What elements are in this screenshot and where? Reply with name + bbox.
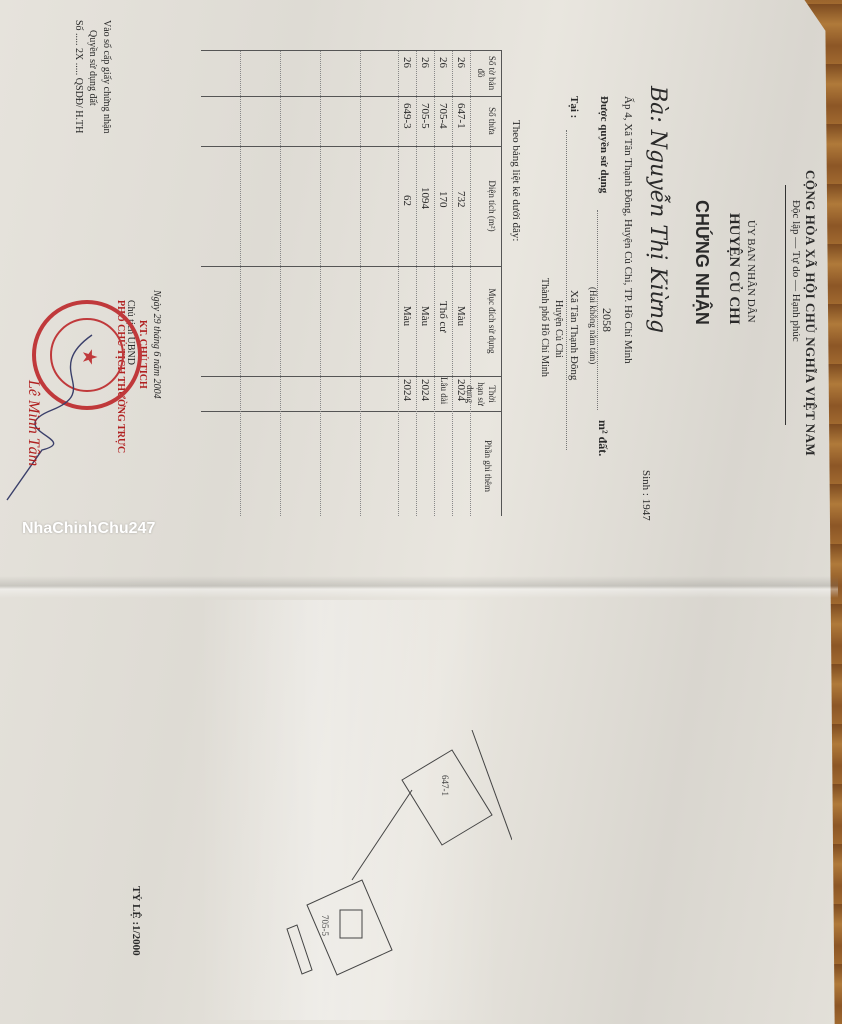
parcel-label: 705-5 <box>320 915 330 936</box>
header-parcel: Số thửa <box>486 98 497 144</box>
location-district: Huyện Củ Chi <box>553 300 564 358</box>
header-purpose: Mục đích sử dụng <box>486 271 497 371</box>
dotted-line <box>566 130 567 450</box>
signer-name: Lê Minh Tâm <box>24 380 42 466</box>
parcel-table: Số tờ bản đồ Số thửa Diện tích (m²) Mục … <box>201 50 502 516</box>
cell-purpose: Màu <box>419 306 431 326</box>
cell-term: 2024 <box>419 379 431 401</box>
cell-parcel: 705-4 <box>437 103 449 129</box>
registry-line-2: Quyền sử dụng đất <box>87 30 98 106</box>
nation-heading: CỘNG HÒA XÃ HỘI CHỦ NGHĨA VIỆT NAM <box>802 170 818 456</box>
registry-line-3: Số ..... 2X ..... QSDĐ/ H.TH <box>73 20 84 133</box>
cell-purpose: Màu <box>455 306 467 326</box>
cell-sheet: 26 <box>419 57 431 68</box>
holder-birth: Sinh : 1947 <box>640 470 652 521</box>
cell-sheet: 26 <box>401 57 413 68</box>
map-scale: TỶ LỆ :1/2000 <box>130 886 142 956</box>
holder-address: Ấp 4, Xã Tân Thạnh Đông, Huyện Củ Chi, T… <box>622 96 634 364</box>
header-term: Thời hạn sử dụng <box>464 378 497 410</box>
star-icon: ★ <box>77 348 102 366</box>
holder-name: Bà: Nguyễn Thị Kiừng <box>645 86 670 333</box>
cell-term: 2024 <box>401 379 413 401</box>
header-sheet: Số tờ bản đồ <box>475 53 497 93</box>
cell-parcel: 647-1 <box>455 103 467 129</box>
certificate-title: CHỨNG NHẬN <box>691 200 712 325</box>
cell-purpose: Thổ cư <box>437 301 449 332</box>
land-use-label: Được quyền sử dụng <box>598 96 610 193</box>
cell-sheet: 26 <box>437 57 449 68</box>
signature-date: Ngày 29 tháng 6 năm 2004 <box>151 290 162 399</box>
cell-term: Lâu dài <box>439 377 449 404</box>
cell-area: 62 <box>401 195 413 206</box>
watermark: NhaChinhChu247 <box>22 520 155 538</box>
parcel-label: 647-1 <box>440 775 450 796</box>
header-notes: Phần ghi thêm <box>482 421 493 511</box>
cell-area: 170 <box>437 191 449 208</box>
table-intro: Theo bảng liệt kê dưới đây: <box>510 120 522 241</box>
land-area: 2058 <box>599 308 614 332</box>
header-area: Diện tích (m²) <box>486 151 497 261</box>
registry-line-1: Vào sổ cấp giấy chứng nhận <box>101 20 112 133</box>
cell-area: 732 <box>455 191 467 208</box>
district-heading: HUYỆN CỦ CHI <box>725 213 742 325</box>
cell-parcel: 649-3 <box>401 103 413 129</box>
location-label: Tại : <box>568 96 580 118</box>
parcel-sketch-map: 647-1 705-5 <box>252 730 512 1000</box>
committee-heading: ỦY BAN NHÂN DÂN <box>745 220 757 323</box>
location-commune: Xã Tân Thạnh Đông <box>568 290 580 380</box>
cell-parcel: 705-5 <box>419 103 431 129</box>
cell-term: 2024 <box>455 379 467 401</box>
cell-purpose: Màu <box>401 306 413 326</box>
land-area-unit: m² đất. <box>595 420 610 456</box>
cell-area: 1094 <box>419 187 431 209</box>
motto: Độc lập — Tự do — Hạnh phúc <box>790 200 802 342</box>
certificate-document: CỘNG HÒA XÃ HỘI CHỦ NGHĨA VIỆT NAM Độc l… <box>0 0 842 1024</box>
cell-sheet: 26 <box>455 57 467 68</box>
location-city: Thành phố Hồ Chí Minh <box>539 278 550 377</box>
land-area-words: (Hai không năm tám) <box>588 287 598 364</box>
motto-underline <box>785 185 786 425</box>
